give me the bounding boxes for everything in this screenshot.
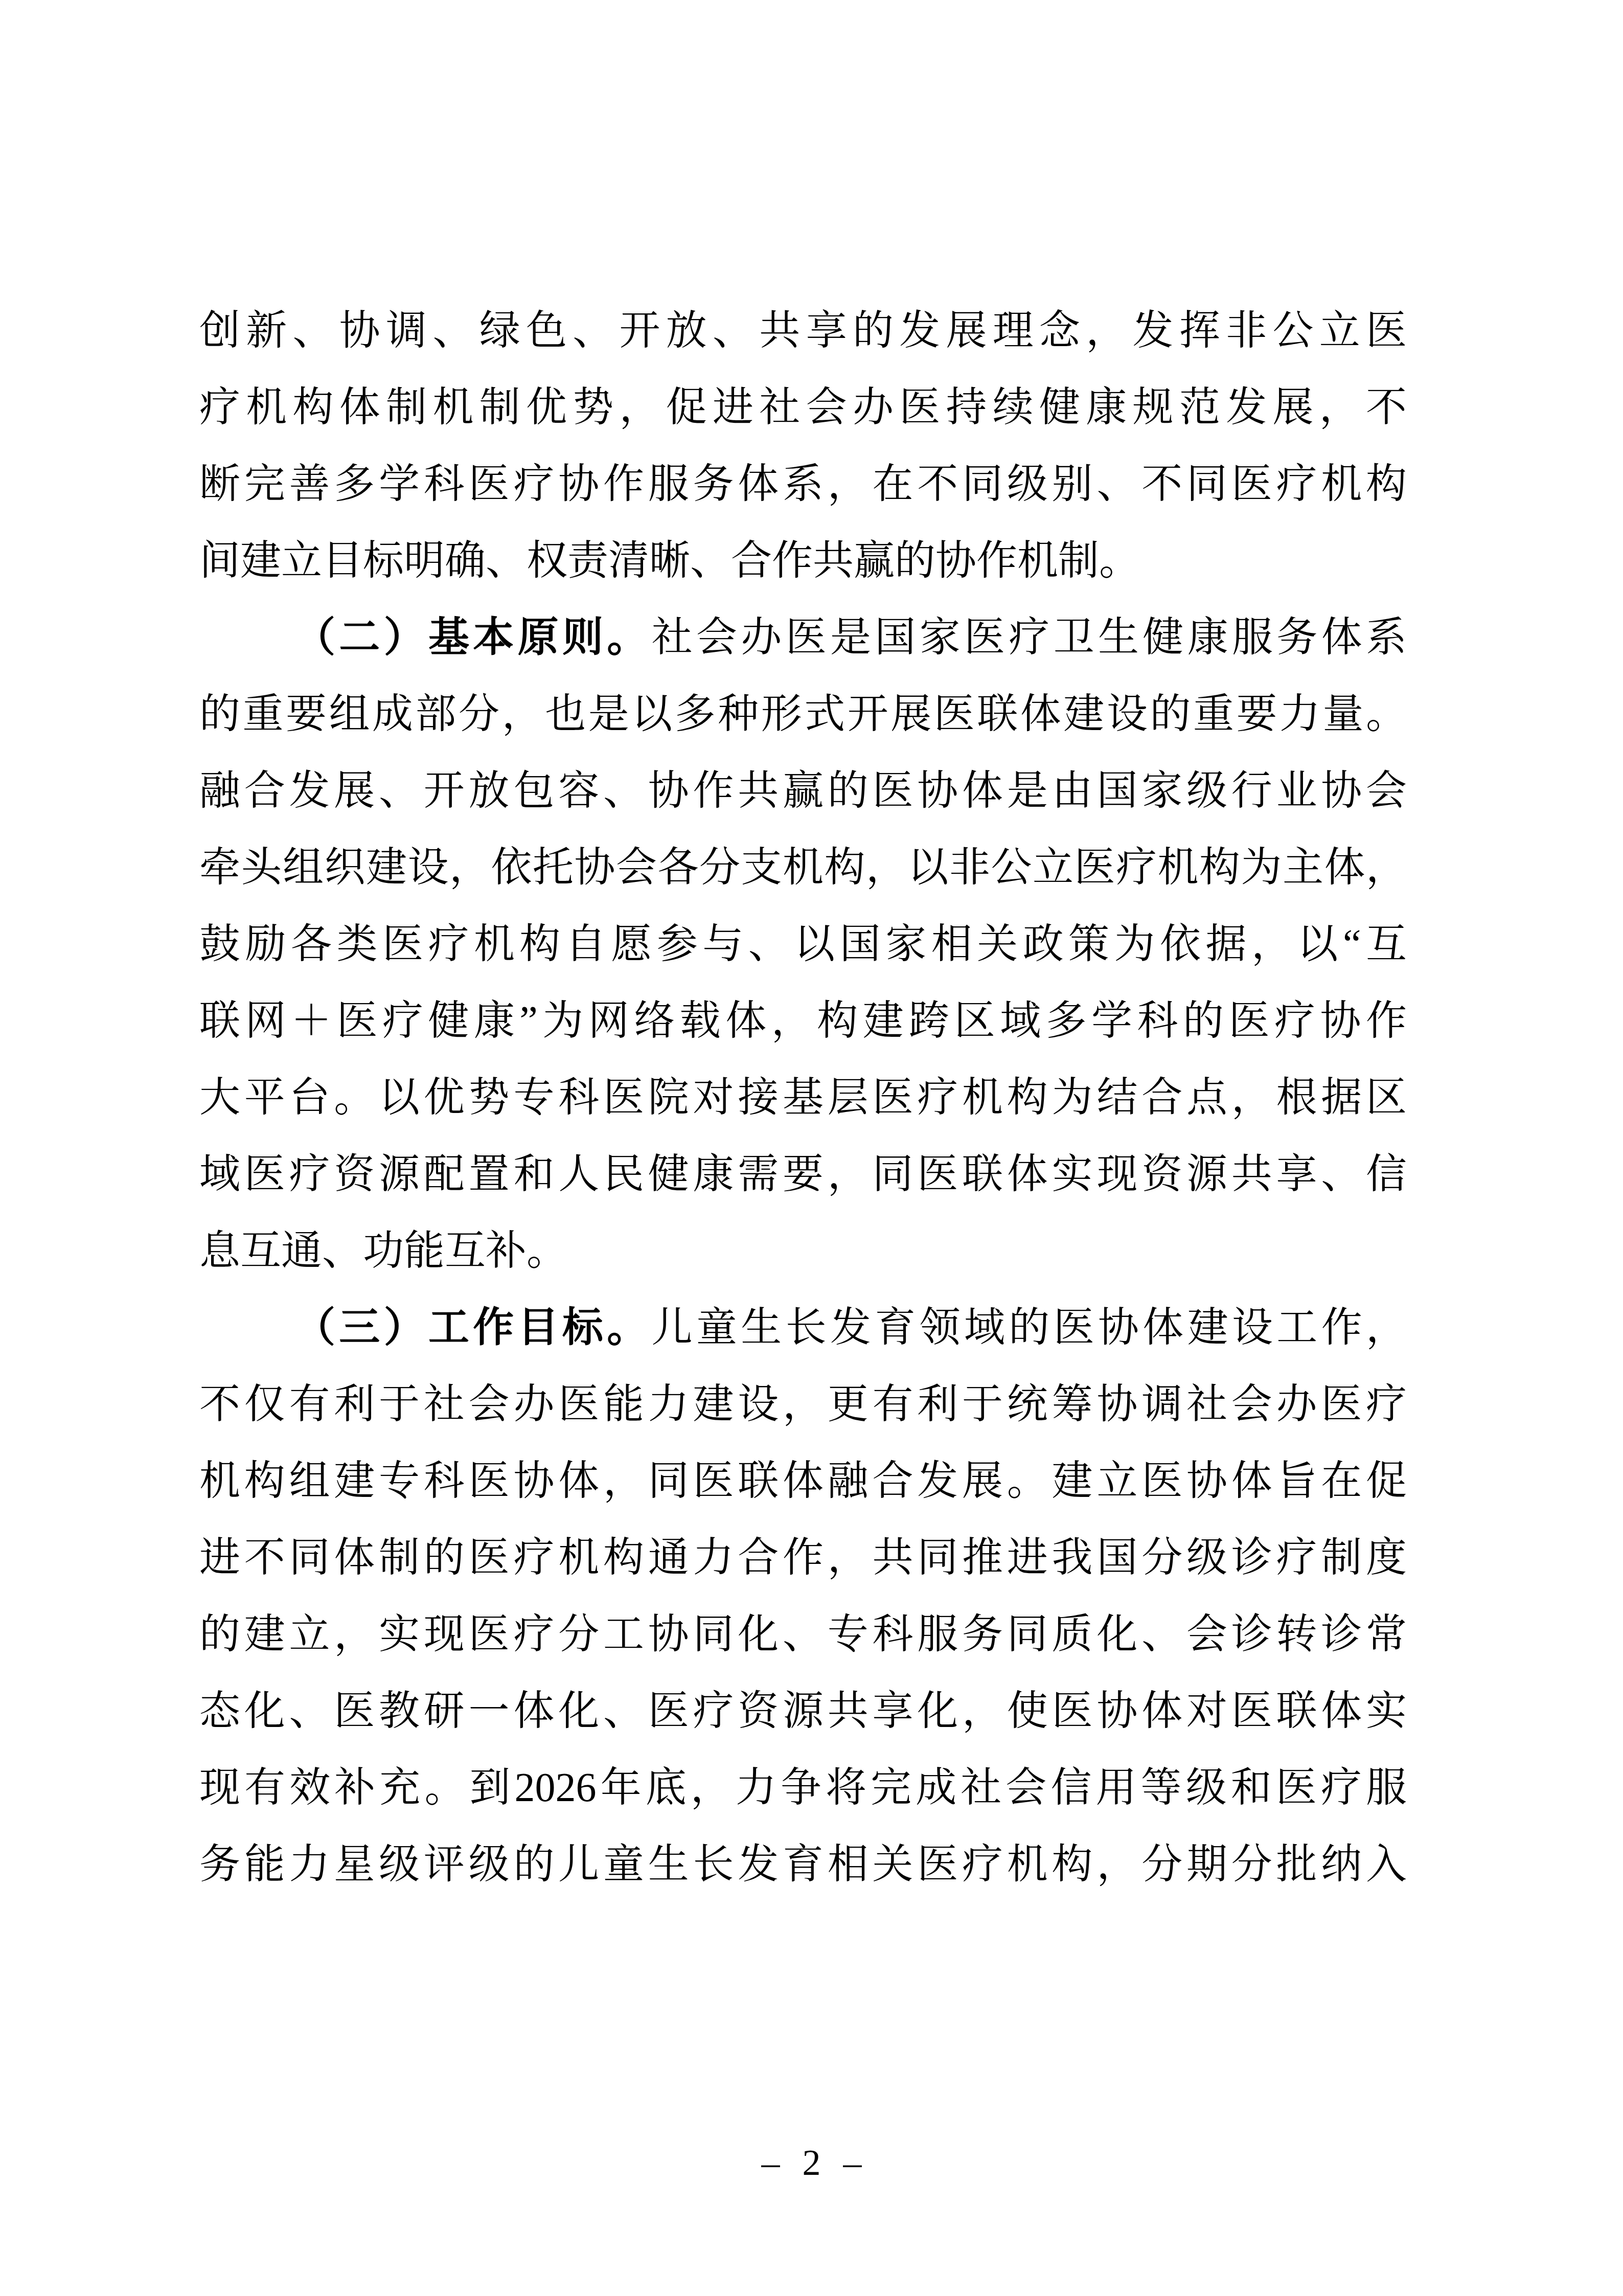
- body-text-run: 域医疗资源配置和人民健康需要，同医联体实现资源共享、信: [199, 1152, 1407, 1197]
- text-line: 不仅有利于社会办医能力建设，更有利于统筹协调社会办医疗: [199, 1366, 1407, 1443]
- text-line: 牵头组织建设，依托协会各分支机构，以非公立医疗机构为主体，: [199, 829, 1407, 906]
- body-text-run: 进不同体制的医疗机构通力合作，共同推进我国分级诊疗制度: [199, 1535, 1407, 1580]
- text-line: 进不同体制的医疗机构通力合作，共同推进我国分级诊疗制度: [199, 1519, 1407, 1596]
- body-text-run: 间建立目标明确、权责清晰、合作共赢的协作机制。: [199, 538, 1140, 583]
- text-line: （二）基本原则。社会办医是国家医疗卫生健康服务体系: [199, 599, 1407, 676]
- text-line: 息互通、功能互补。: [199, 1213, 1407, 1289]
- text-line: 融合发展、开放包容、协作共赢的医协体是由国家级行业协会: [199, 753, 1407, 829]
- body-text-run: 不仅有利于社会办医能力建设，更有利于统筹协调社会办医疗: [199, 1382, 1407, 1427]
- text-line: 疗机构体制机制优势，促进社会办医持续健康规范发展，不: [199, 369, 1407, 446]
- body-text-run: 鼓励各类医疗机构自愿参与、以国家相关政策为依据，以“互: [199, 922, 1407, 967]
- text-line: 联网＋医疗健康”为网络载体，构建跨区域多学科的医疗协作: [199, 983, 1407, 1059]
- page-number: – 2 –: [0, 2134, 1623, 2191]
- text-line: 的重要组成部分，也是以多种形式开展医联体建设的重要力量。: [199, 676, 1407, 753]
- text-line: 务能力星级评级的儿童生长发育相关医疗机构，分期分批纳入: [199, 1826, 1407, 1903]
- text-line: 创新、协调、绿色、开放、共享的发展理念，发挥非公立医: [199, 292, 1407, 369]
- text-line: 态化、医教研一体化、医疗资源共享化，使医协体对医联体实: [199, 1673, 1407, 1749]
- body-text-run: 疗机构体制机制优势，促进社会办医持续健康规范发展，不: [199, 385, 1407, 430]
- body-text-run: 创新、协调、绿色、开放、共享的发展理念，发挥非公立医: [199, 308, 1407, 353]
- text-line: 机构组建专科医协体，同医联体融合发展。建立医协体旨在促: [199, 1443, 1407, 1519]
- document-page: 创新、协调、绿色、开放、共享的发展理念，发挥非公立医疗机构体制机制优势，促进社会…: [0, 0, 1623, 2296]
- text-line: 的建立，实现医疗分工协同化、专科服务同质化、会诊转诊常: [199, 1596, 1407, 1673]
- text-line: （三）工作目标。儿童生长发育领域的医协体建设工作，: [199, 1289, 1407, 1366]
- body-text-run: 息互通、功能互补。: [199, 1229, 567, 1274]
- text-line: 断完善多学科医疗协作服务体系，在不同级别、不同医疗机构: [199, 446, 1407, 522]
- text-line: 鼓励各类医疗机构自愿参与、以国家相关政策为依据，以“互: [199, 906, 1407, 983]
- text-line: 间建立目标明确、权责清晰、合作共赢的协作机制。: [199, 522, 1407, 599]
- section-heading: （三）工作目标。: [294, 1305, 652, 1350]
- body-text-run: 务能力星级评级的儿童生长发育相关医疗机构，分期分批纳入: [199, 1842, 1407, 1887]
- body-text-run: 联网＋医疗健康”为网络载体，构建跨区域多学科的医疗协作: [199, 998, 1407, 1043]
- body-text-run: 牵头组织建设，依托协会各分支机构，以非公立医疗机构为主体，: [199, 845, 1407, 890]
- body-text-run: 融合发展、开放包容、协作共赢的医协体是由国家级行业协会: [199, 768, 1407, 813]
- body-text-run: 的重要组成部分，也是以多种形式开展医联体建设的重要力量。: [199, 692, 1407, 737]
- text-line: 域医疗资源配置和人民健康需要，同医联体实现资源共享、信: [199, 1136, 1407, 1213]
- text-line: 现有效补充。到2026年底，力争将完成社会信用等级和医疗服: [199, 1749, 1407, 1826]
- body-text-run: 的建立，实现医疗分工协同化、专科服务同质化、会诊转诊常: [199, 1612, 1407, 1657]
- body-text-run: 态化、医教研一体化、医疗资源共享化，使医协体对医联体实: [199, 1689, 1407, 1734]
- text-line: 大平台。以优势专科医院对接基层医疗机构为结合点，根据区: [199, 1059, 1407, 1136]
- body-text-run: 儿童生长发育领域的医协体建设工作，: [652, 1305, 1407, 1350]
- body-text-run: 现有效补充。到2026年底，力争将完成社会信用等级和医疗服: [199, 1765, 1407, 1810]
- body-text-run: 断完善多学科医疗协作服务体系，在不同级别、不同医疗机构: [199, 462, 1407, 507]
- body-text-run: 大平台。以优势专科医院对接基层医疗机构为结合点，根据区: [199, 1075, 1407, 1120]
- body-text-run: 机构组建专科医协体，同医联体融合发展。建立医协体旨在促: [199, 1459, 1407, 1504]
- body-text-run: 社会办医是国家医疗卫生健康服务体系: [652, 615, 1407, 660]
- document-body: 创新、协调、绿色、开放、共享的发展理念，发挥非公立医疗机构体制机制优势，促进社会…: [199, 292, 1407, 1903]
- section-heading: （二）基本原则。: [294, 615, 652, 660]
